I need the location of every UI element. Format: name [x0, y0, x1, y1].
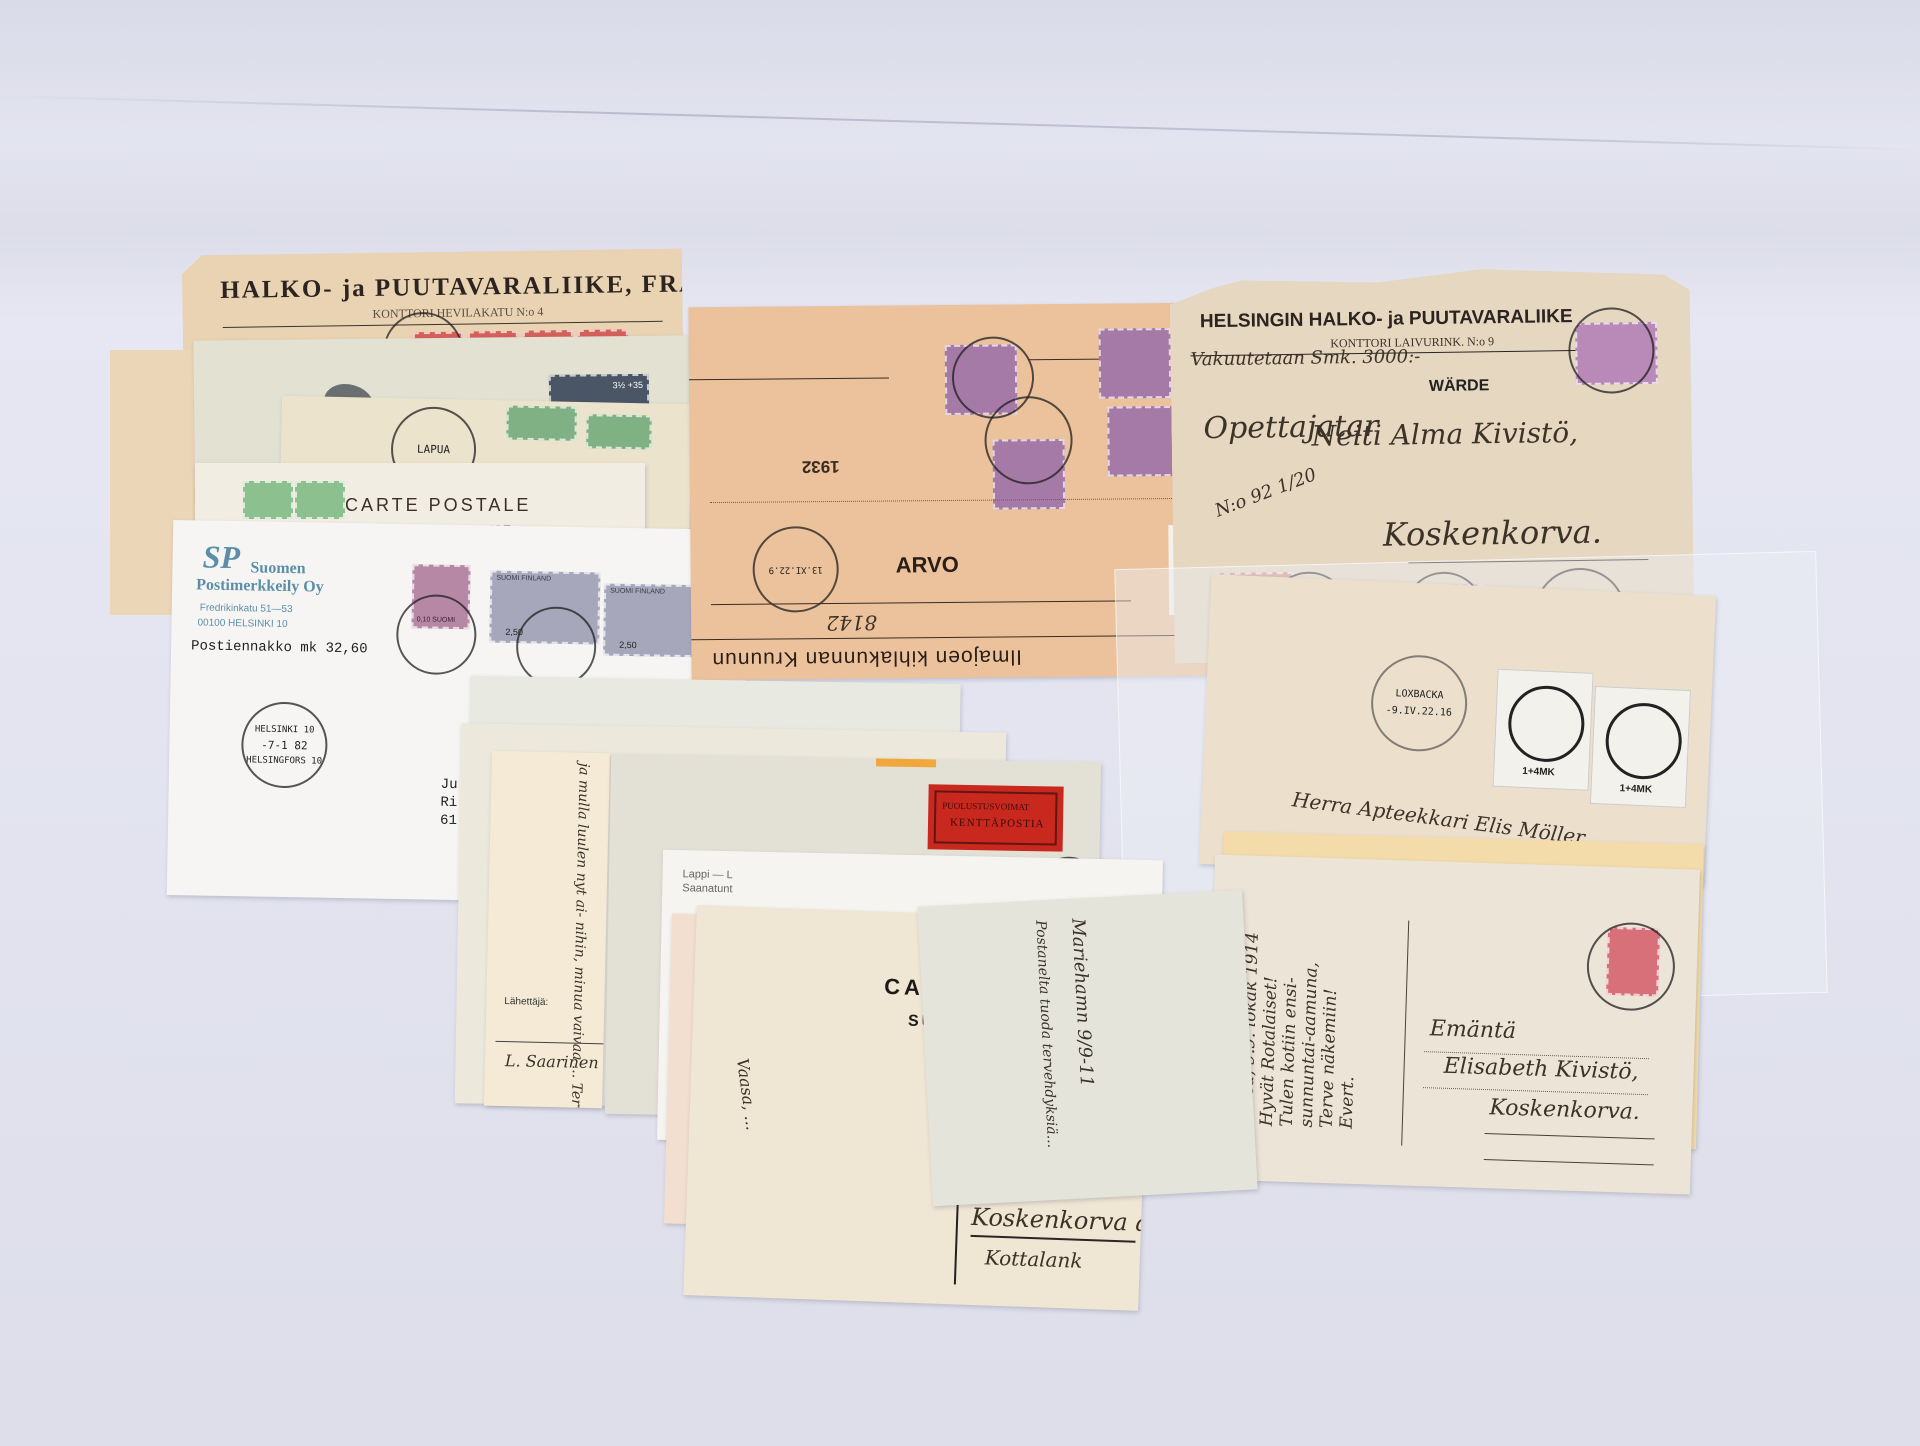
sp-logo: SP [202, 539, 240, 577]
cloth-fold [0, 95, 1919, 151]
addressee-line3: Koskenkorva. [1489, 1095, 1640, 1125]
warde-label: WÄRDE [1429, 377, 1490, 396]
sender-name: L. Saarinen [505, 1051, 599, 1072]
registration-number: 1932 [802, 456, 840, 476]
handwritten-amount: 8142 [826, 611, 877, 635]
cover-header: HALKO- ja PUUTAVARALIIKE, FRANS KIVISTÖ [220, 268, 688, 305]
recipient-line: Ri [440, 795, 457, 811]
card-message: Postanelta tuoda tervehdyksiä... [1032, 920, 1060, 1149]
postmark-helsingfors [396, 594, 477, 675]
place-date: Mariehamn 9/9-11 [1067, 918, 1097, 1088]
addressee-line1: Emäntä [1429, 1016, 1516, 1044]
written-card-mariehamn: Mariehamn 9/9-11 Postanelta tuoda terveh… [917, 890, 1257, 1207]
postmark-loxbacka: LOXBACKA -9.IV.22.16 [1369, 653, 1469, 753]
recipient-line: Ju [441, 777, 458, 793]
pro-filatelia-stamp: 1+4MK [1590, 686, 1691, 808]
stamp-green [295, 481, 345, 519]
field-post-label: PUOLUSTUSVOIMAT KENTTÄPOSTIA [928, 784, 1064, 851]
addressee-line2: Neiti Alma Kivistö, [1311, 416, 1578, 453]
lion-stamp-violet [1099, 328, 1172, 399]
lahettaja-card: ja mulla luulen nyt ai- nihin, minua vai… [484, 751, 610, 1109]
postmark-seinajoki: 13.XI.22.9 [752, 526, 839, 613]
declared-value: Vakuutetaan Smk. 3000:- [1190, 346, 1420, 370]
sp-address-line2: 00100 HELSINKI 10 [197, 617, 287, 630]
postmark-helsinki-10: HELSINKI 10 -7-1 82 HELSINGFORS 10 [241, 701, 328, 788]
sp-company-line1: Suomen [250, 559, 305, 578]
bottom-print: Ilmajoen kihlakunnan Kruunun [711, 644, 1022, 671]
cod-text: Postiennakko mk 32,60 [191, 638, 368, 657]
message-block: Vaasa, 9.9. lokak 1914 Hyvät Rotalaiset!… [1237, 932, 1363, 1129]
postcard-1914: Vaasa, 9.9. lokak 1914 Hyvät Rotalaiset!… [1205, 854, 1700, 1194]
postmark-helsingfors [515, 606, 596, 687]
stamp-green [243, 481, 293, 519]
card-title: CARTE POSTALE [345, 495, 531, 516]
sp-address-line1: Fredrikinkatu 51—53 [200, 602, 293, 615]
registration-number: N:o 92 1/20 [1212, 464, 1319, 522]
caption-line2: Saanatunt [682, 882, 732, 895]
postmark [984, 396, 1073, 485]
stamp-value: 3½ +35 [613, 380, 643, 390]
stamp-green [586, 414, 652, 449]
stamp-green [506, 405, 577, 440]
address-line1: Koskenkorva as. [971, 1203, 1152, 1238]
recipient-line: 61 [440, 813, 457, 829]
lion-stamp-violet [1107, 406, 1180, 477]
city: Koskenkorva. [1383, 513, 1602, 554]
message-start: Vaasa, ... [733, 1057, 762, 1131]
address-line2: Kottalank [984, 1245, 1083, 1272]
cover-header: HELSINGIN HALKO- ja PUUTAVARALIIKE [1200, 306, 1573, 333]
sender-label: Lähettäjä: [504, 996, 548, 1008]
pro-filatelia-stamp: 1+4MK [1493, 669, 1594, 791]
caption-line1: Lappi — L [682, 868, 732, 881]
postmark-nikolaistad [1586, 921, 1677, 1012]
arvo-label: ARVO [896, 552, 959, 579]
sp-company-line2: Postimerkkeily Oy [196, 576, 324, 596]
addressee-line2: Elisabeth Kivistö, [1443, 1054, 1639, 1085]
